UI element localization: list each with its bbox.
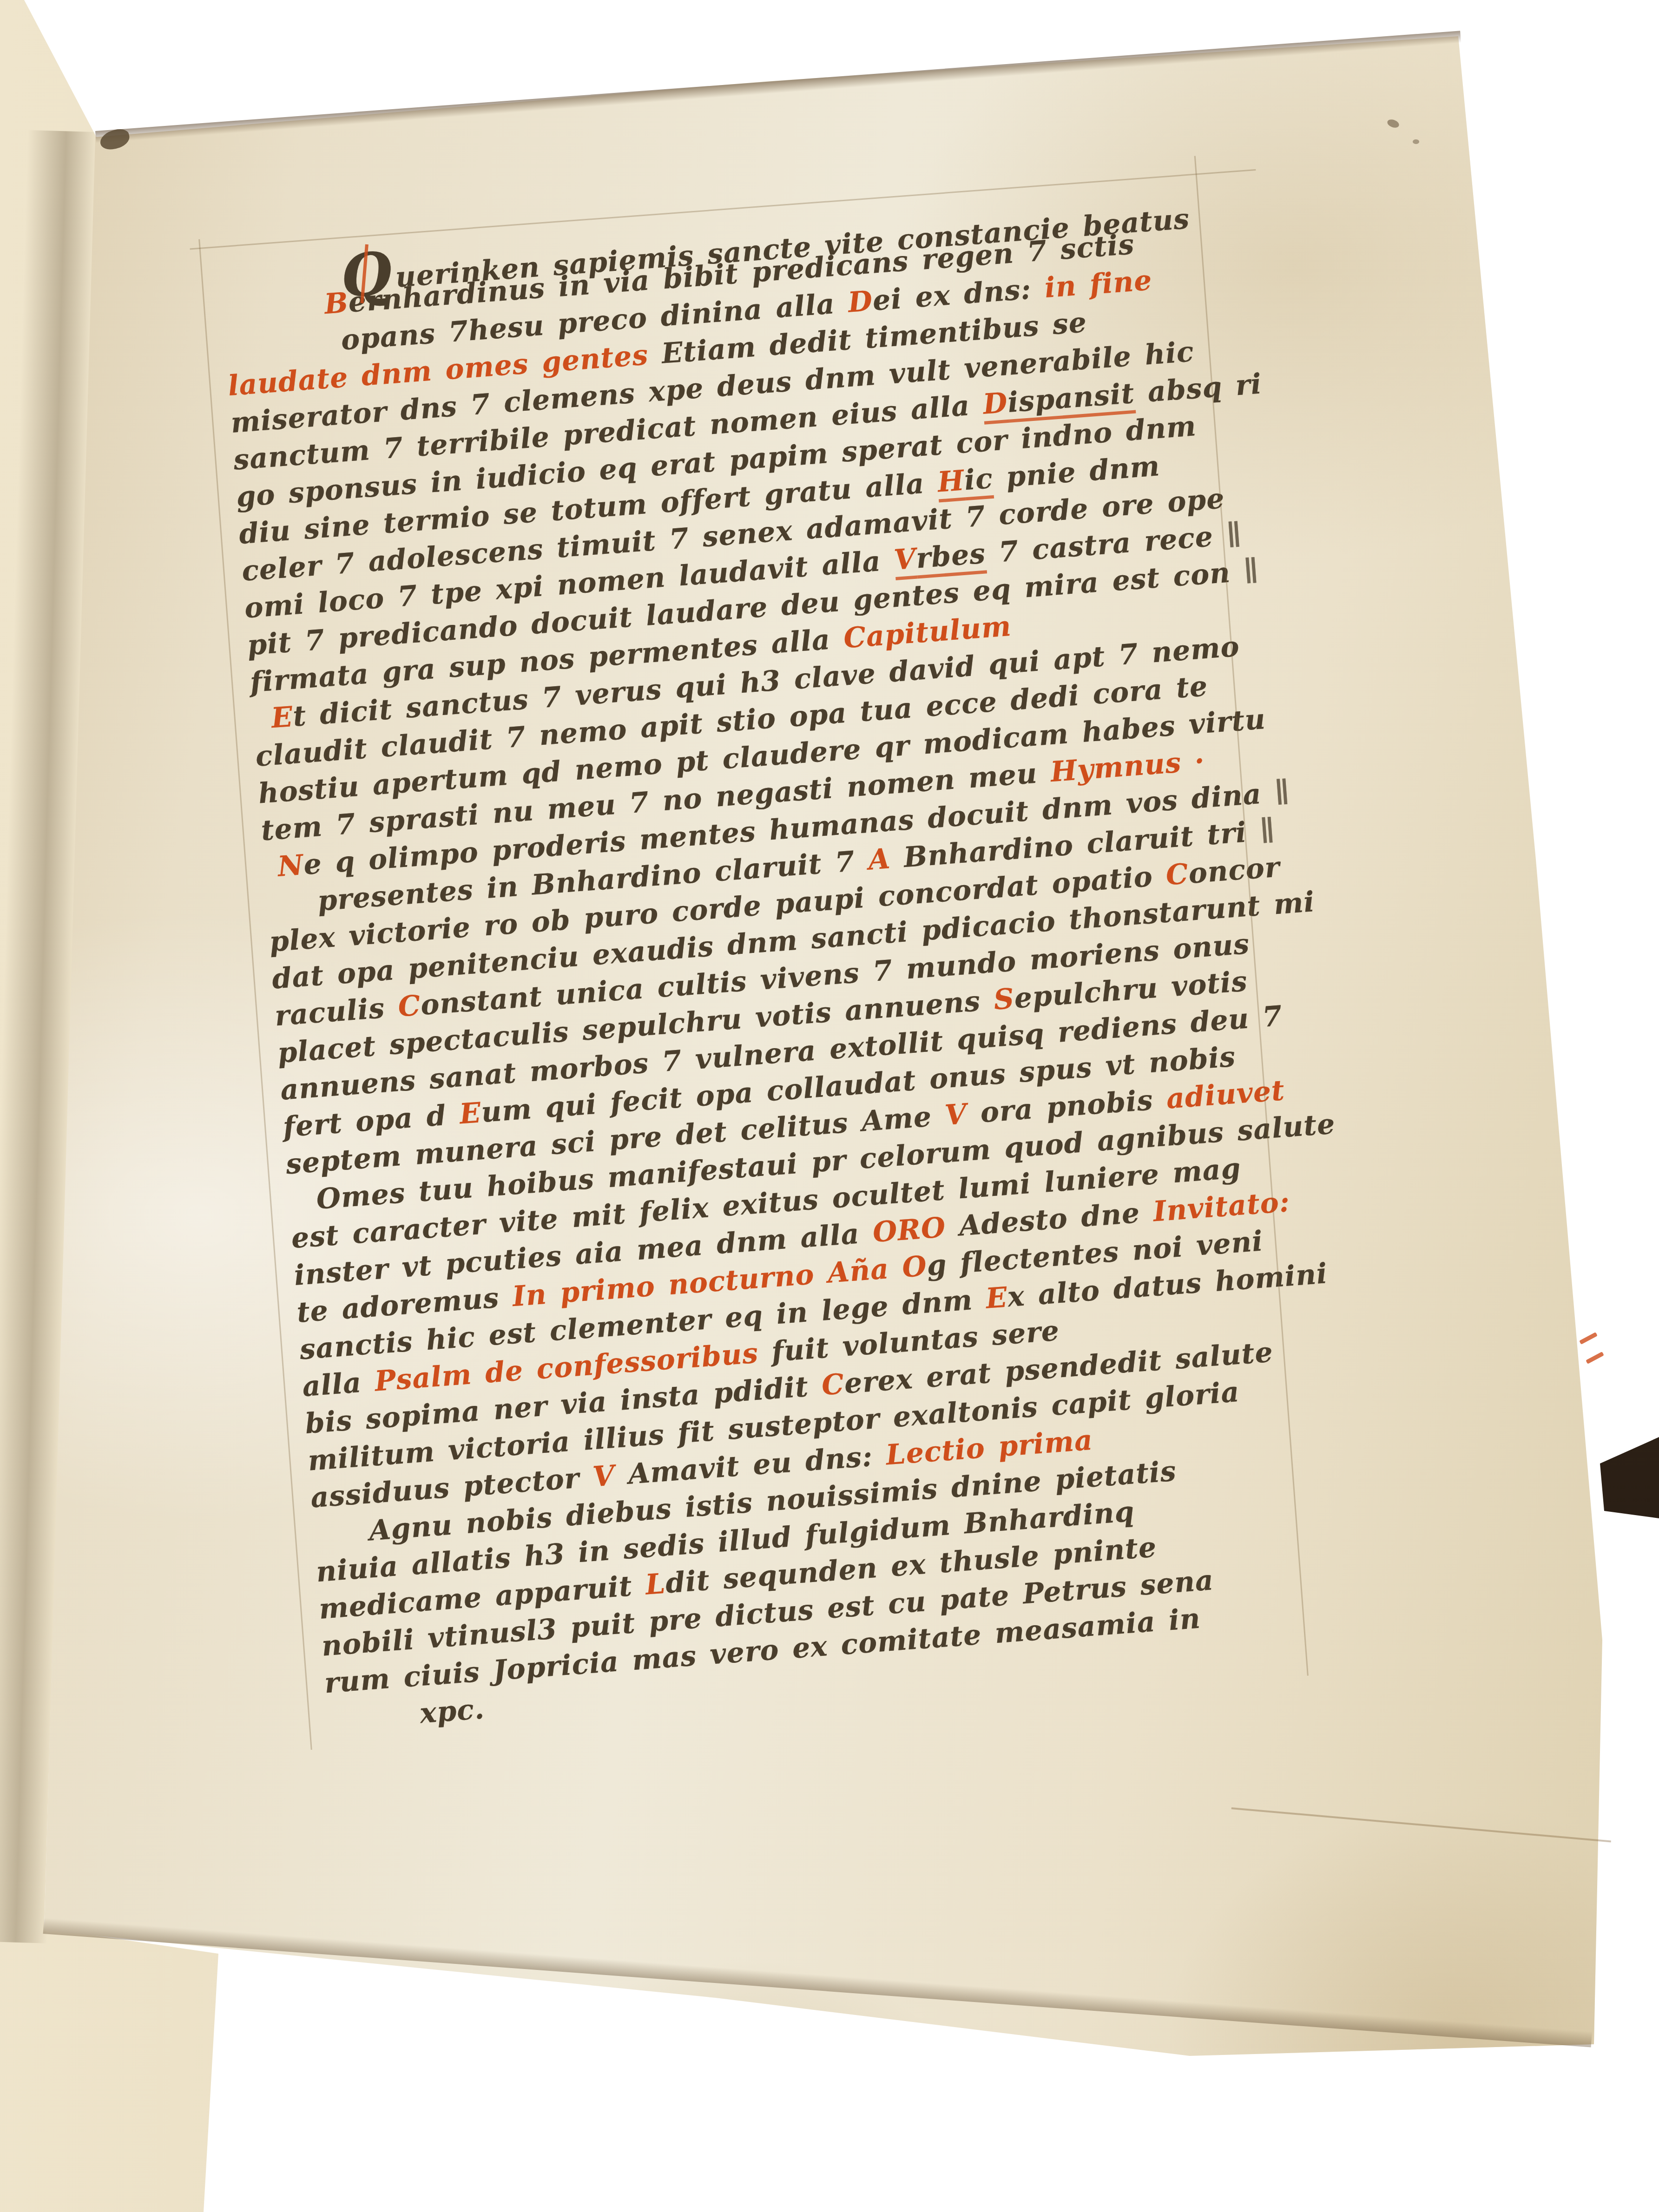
ink-text: ∥ — [1245, 814, 1277, 848]
rubric-text: C — [821, 1368, 846, 1402]
rubric-text: in fine — [1043, 264, 1153, 304]
rubric-text: V — [893, 543, 918, 580]
ink-speck — [1413, 139, 1419, 144]
rubric-text: E — [270, 701, 294, 735]
rubric-text: V — [592, 1459, 616, 1493]
photo-canvas: Querinken sapiemis sancte vite constanci… — [0, 0, 1659, 2212]
ink-text: raculis — [274, 991, 399, 1033]
rubric-text: D — [847, 285, 874, 319]
ink-text: Q — [338, 238, 395, 311]
rubric-text: E — [985, 1281, 1009, 1315]
rubric-text: adiuvet — [1165, 1074, 1286, 1116]
rubric-text: L — [645, 1568, 667, 1602]
text-block: Querinken sapiemis sancte vite constanci… — [218, 176, 1409, 1739]
rubric-text: A — [867, 843, 892, 877]
ink-text: ∥ — [1229, 554, 1260, 589]
red-margin-mark — [1586, 1352, 1604, 1364]
ink-text: ic — [963, 462, 994, 500]
rubric-text: S — [993, 983, 1015, 1017]
red-margin-mark — [1579, 1332, 1598, 1345]
rubric-text: C — [1165, 858, 1190, 892]
ink-text: ∥ — [1260, 775, 1291, 810]
rubric-text: D — [982, 387, 1009, 425]
rubric-text: N — [276, 849, 305, 883]
ink-text: ∥ — [1212, 519, 1243, 553]
rubric-text: O — [901, 1250, 928, 1284]
rubric-text: ORO — [872, 1211, 947, 1249]
rubric-text: C — [397, 989, 422, 1023]
ink-text: oncor — [1187, 851, 1281, 890]
ink-text: xpc. — [419, 1693, 486, 1730]
rubric-text: Invitato: — [1152, 1186, 1291, 1228]
rubric-text: H — [936, 464, 966, 502]
rubric-text: E — [458, 1096, 482, 1130]
rubric-text: V — [944, 1098, 968, 1132]
ink-text: absq ri — [1133, 368, 1263, 409]
ink-text: alla — [301, 1365, 376, 1403]
